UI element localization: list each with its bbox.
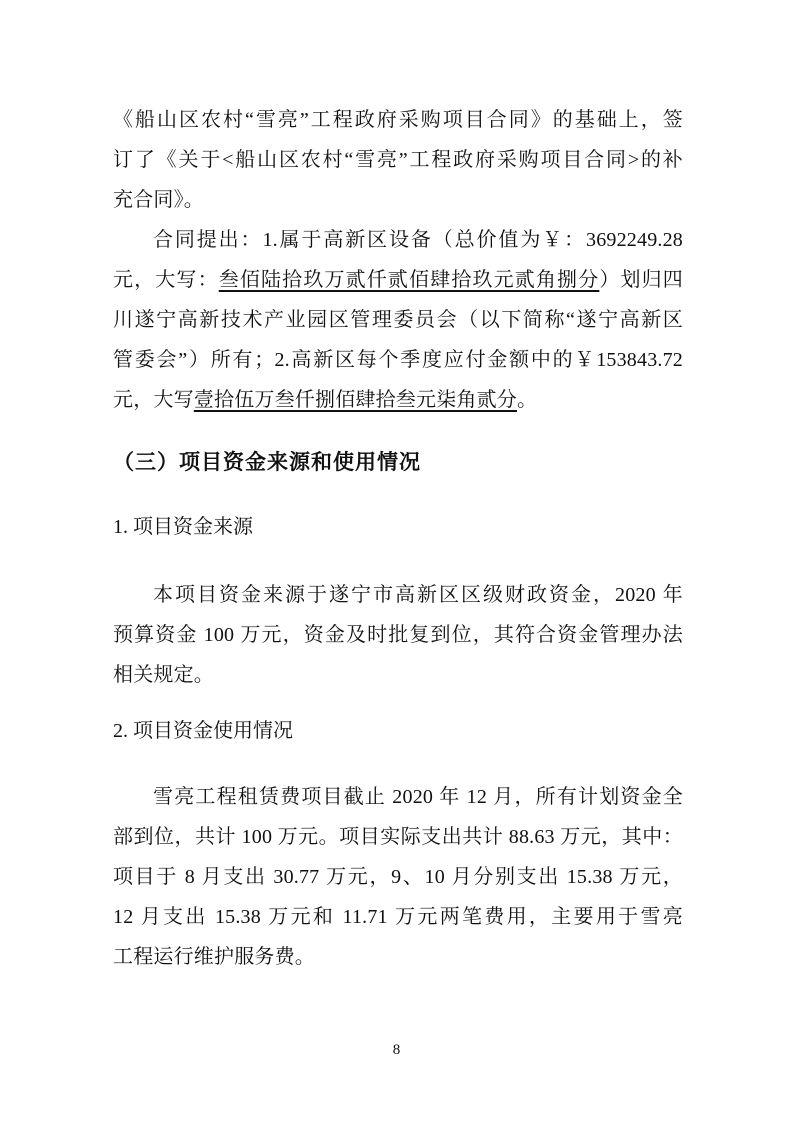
line-text-segment: 元，大写：: [113, 269, 219, 291]
paragraph-line: 部到位，共计 100 万元。项目实际支出共计 88.63 万元，其中：: [113, 817, 683, 857]
line-text-segment: ）划归四: [599, 269, 683, 291]
paragraph-line: 预算资金 100 万元，资金及时批复到位，其符合资金管理办法: [113, 615, 683, 655]
paragraph-line: 工程运行维护服务费。: [113, 937, 683, 977]
paragraph-line: 订了《关于<船山区农村“雪亮”工程政府采购项目合同>的补: [113, 140, 683, 180]
page-number: 8: [0, 1040, 793, 1060]
paragraph-line: 本项目资金来源于遂宁市高新区区级财政资金，2020 年: [113, 575, 683, 615]
section-heading: （三）项目资金来源和使用情况: [113, 442, 683, 482]
paragraph-line: 充合同》。: [113, 180, 683, 220]
paragraph-funding-usage: 雪亮工程租赁费项目截止 2020 年 12 月，所有计划资金全 部到位，共计 1…: [113, 777, 683, 977]
document-page: 《船山区农村“雪亮”工程政府采购项目合同》的基础上，签 订了《关于<船山区农村“…: [0, 0, 793, 1122]
paragraph-line: 相关规定。: [113, 655, 683, 695]
paragraph-line: 管委会”）所有；2.高新区每个季度应付金额中的￥153843.72: [113, 340, 683, 380]
numbered-heading-1: 1. 项目资金来源: [113, 507, 683, 547]
paragraph-line: 元，大写壹拾伍万叁仟捌佰肆拾叁元柒角贰分。: [113, 380, 683, 420]
paragraph-contract-terms: 合同提出：1.属于高新区设备（总价值为￥：3692249.28 元，大写：叁佰陆…: [113, 220, 683, 420]
document-body: 《船山区农村“雪亮”工程政府采购项目合同》的基础上，签 订了《关于<船山区农村“…: [0, 0, 793, 977]
paragraph-funding-source: 本项目资金来源于遂宁市高新区区级财政资金，2020 年 预算资金 100 万元，…: [113, 575, 683, 695]
paragraph-line: 项目于 8 月支出 30.77 万元，9、10 月分别支出 15.38 万元，: [113, 857, 683, 897]
paragraph-line: 雪亮工程租赁费项目截止 2020 年 12 月，所有计划资金全: [113, 777, 683, 817]
paragraph-line: 川遂宁高新技术产业园区管理委员会（以下简称“遂宁高新区: [113, 300, 683, 340]
paragraph-line: 元，大写：叁佰陆拾玖万贰仟贰佰肆拾玖元贰角捌分）划归四: [113, 260, 683, 300]
paragraph-line: 《船山区农村“雪亮”工程政府采购项目合同》的基础上，签: [113, 100, 683, 140]
line-text-segment: 元，大写: [113, 389, 194, 411]
paragraph-line: 12 月支出 15.38 万元和 11.71 万元两笔费用，主要用于雪亮: [113, 897, 683, 937]
underlined-amount-capital: 壹拾伍万叁仟捌佰肆拾叁元柒角贰分: [194, 389, 517, 411]
numbered-heading-2: 2. 项目资金使用情况: [113, 711, 683, 751]
line-text-segment: 。: [517, 389, 537, 411]
underlined-amount-capital: 叁佰陆拾玖万贰仟贰佰肆拾玖元贰角捌分: [219, 269, 600, 291]
paragraph-carryover: 《船山区农村“雪亮”工程政府采购项目合同》的基础上，签 订了《关于<船山区农村“…: [113, 100, 683, 220]
paragraph-line: 合同提出：1.属于高新区设备（总价值为￥：3692249.28: [113, 220, 683, 260]
